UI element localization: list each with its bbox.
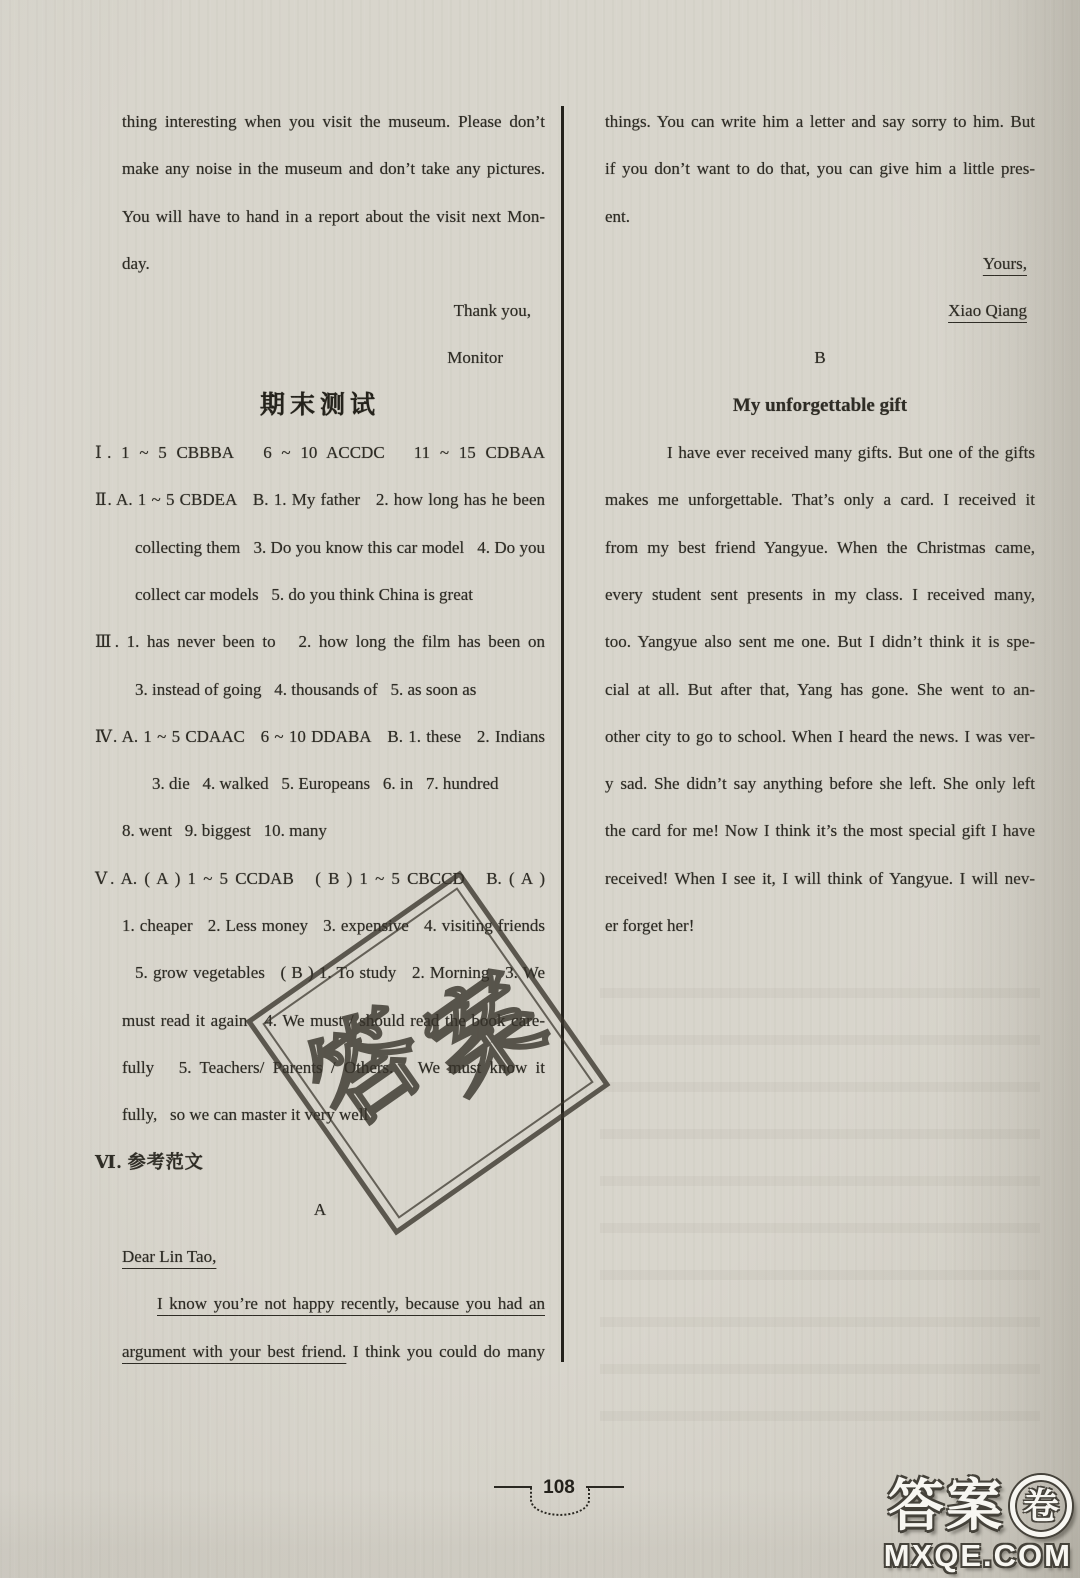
essay-line: ent. <box>605 193 1035 240</box>
text-segment: I think you could do many <box>346 1342 545 1361</box>
page-showthrough-ghosting <box>600 960 1040 1430</box>
letter-salutation: Dear Lin Tao, <box>95 1233 545 1280</box>
section-title-final-exam: 期末测试 <box>95 382 545 429</box>
essay-line: if you don’t want to do that, you can gi… <box>605 145 1035 192</box>
essay-line: I have ever received many gifts. But one… <box>605 429 1035 476</box>
answer-line: Ⅲ. 1. has never been to 2. how long the … <box>95 618 545 665</box>
essay-title: My unforgettable gift <box>605 382 1035 429</box>
letter-signoff: Yours, <box>605 240 1035 287</box>
letter-signature: Monitor <box>95 334 545 381</box>
essay-line: makes me unforgettable. That’s only a ca… <box>605 476 1035 523</box>
answer-line: 8. went 9. biggest 10. many <box>95 807 545 854</box>
text-line: You will have to hand in a report about … <box>95 193 545 240</box>
answer-line: collecting them 3. Do you know this car … <box>95 524 545 571</box>
essay-line: every student sent presents in my class.… <box>605 571 1035 618</box>
essay-line: argument with your best friend. I think … <box>95 1328 545 1375</box>
essay-line: I know you’re not happy recently, becaus… <box>95 1280 545 1327</box>
essay-line: y sad. She didn’t say anything before sh… <box>605 760 1035 807</box>
answer-line: Ⅱ. A. 1 ~ 5 CBDEA B. 1. My father 2. how… <box>95 476 545 523</box>
essay-line: other city to go to school. When I heard… <box>605 713 1035 760</box>
essay-line: things. You can write him a letter and s… <box>605 98 1035 145</box>
page-number-ornament: 108 <box>494 1478 624 1518</box>
essay-line: from my best friend Yangyue. When the Ch… <box>605 524 1035 571</box>
underlined-text: argument with your best friend. <box>122 1342 346 1361</box>
site-watermark: 答案 卷 MXQE.COM <box>884 1476 1072 1574</box>
text-line: day. <box>95 240 545 287</box>
right-column: things. You can write him a letter and s… <box>605 98 1035 949</box>
letter-signature: Xiao Qiang <box>605 287 1035 334</box>
essay-line: er forget her! <box>605 902 1035 949</box>
column-divider-rule <box>561 106 564 1362</box>
essay-line: cial at all. But after that, Yang has go… <box>605 666 1035 713</box>
ornament-dotted-arc <box>530 1487 590 1516</box>
watermark-circle-logo: 卷 <box>1010 1475 1072 1537</box>
text-line: make any noise in the museum and don’t t… <box>95 145 545 192</box>
essay-label-a: A <box>95 1186 545 1233</box>
essay-label-b: B <box>605 334 1035 381</box>
scanned-answer-page: thing interesting when you visit the mus… <box>0 0 1080 1578</box>
watermark-brand-text: 答案 <box>888 1478 1004 1534</box>
watermark-site-url: MXQE.COM <box>884 1538 1072 1574</box>
answer-line: Ⅳ. A. 1 ~ 5 CDAAC 6 ~ 10 DDABA B. 1. the… <box>95 713 545 760</box>
text-line: thing interesting when you visit the mus… <box>95 98 545 145</box>
ornament-line-right <box>586 1486 624 1488</box>
letter-signoff: Thank you, <box>95 287 545 334</box>
essay-line: too. Yangyue also sent me one. But I did… <box>605 618 1035 665</box>
answer-line: Ⅰ. 1 ~ 5 CBBBA 6 ~ 10 ACCDC 11 ~ 15 CDBA… <box>95 429 545 476</box>
essay-line: the card for me! Now I think it’s the mo… <box>605 807 1035 854</box>
answer-line: 3. die 4. walked 5. Europeans 6. in 7. h… <box>95 760 545 807</box>
left-column: thing interesting when you visit the mus… <box>95 98 545 1375</box>
essay-line: received! When I see it, I will think of… <box>605 855 1035 902</box>
watermark-circle-character: 卷 <box>1023 1488 1059 1524</box>
answer-line: 3. instead of going 4. thousands of 5. a… <box>95 666 545 713</box>
answer-line: collect car models 5. do you think China… <box>95 571 545 618</box>
